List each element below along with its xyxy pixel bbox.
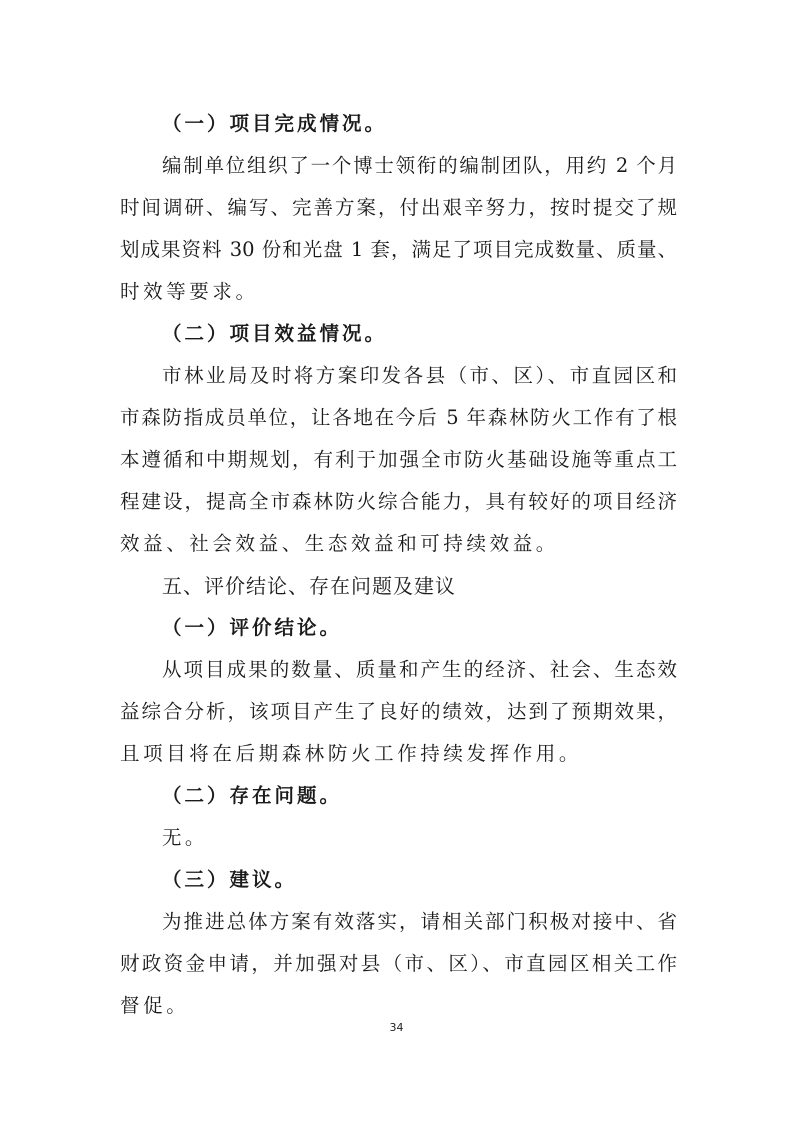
text-line: 本遵循和中期规划，有利于加强全市防火基础设施等重点工 xyxy=(120,439,677,481)
text-line: 从项目成果的数量、质量和产生的经济、社会、生态效 xyxy=(120,649,677,691)
text-line: 市森防指成员单位，让各地在今后 5 年森林防火工作有了根 xyxy=(120,397,677,439)
heading-suggestions: （三）建议。 xyxy=(120,859,677,901)
paragraph-evaluation-conclusion: 从项目成果的数量、质量和产生的经济、社会、生态效 益综合分析，该项目产生了良好的… xyxy=(120,649,677,775)
text-line: 时效等要求。 xyxy=(120,271,677,313)
heading-project-completion: （一）项目完成情况。 xyxy=(120,103,677,145)
paragraph-existing-problems: 无。 xyxy=(120,817,677,859)
heading-section-five: 五、评价结论、存在问题及建议 xyxy=(120,565,677,607)
text-line: 无。 xyxy=(120,817,677,859)
heading-project-benefits: （二）项目效益情况。 xyxy=(120,313,677,355)
text-line: 程建设，提高全市森林防火综合能力，具有较好的项目经济 xyxy=(120,481,677,523)
text-line: 市林业局及时将方案印发各县（市、区）、市直园区和 xyxy=(120,355,677,397)
text-line: 效益、社会效益、生态效益和可持续效益。 xyxy=(120,523,677,565)
text-line: 划成果资料 30 份和光盘 1 套，满足了项目完成数量、质量、 xyxy=(120,229,677,271)
text-line: 时间调研、编写、完善方案，付出艰辛努力，按时提交了规 xyxy=(120,187,677,229)
paragraph-project-benefits: 市林业局及时将方案印发各县（市、区）、市直园区和 市森防指成员单位，让各地在今后… xyxy=(120,355,677,565)
text-line: 益综合分析，该项目产生了良好的绩效，达到了预期效果， xyxy=(120,691,677,733)
page-number: 34 xyxy=(0,1021,793,1034)
text-line: 且项目将在后期森林防火工作持续发挥作用。 xyxy=(120,733,677,775)
text-line: 为推进总体方案有效落实，请相关部门积极对接中、省 xyxy=(120,901,677,943)
heading-existing-problems: （二）存在问题。 xyxy=(120,775,677,817)
document-page: （一）项目完成情况。 编制单位组织了一个博士领衔的编制团队，用约 2 个月 时间… xyxy=(120,103,677,1027)
paragraph-suggestions: 为推进总体方案有效落实，请相关部门积极对接中、省 财政资金申请，并加强对县（市、… xyxy=(120,901,677,1027)
heading-evaluation-conclusion: （一）评价结论。 xyxy=(120,607,677,649)
paragraph-project-completion: 编制单位组织了一个博士领衔的编制团队，用约 2 个月 时间调研、编写、完善方案，… xyxy=(120,145,677,313)
text-line: 财政资金申请，并加强对县（市、区）、市直园区相关工作 xyxy=(120,943,677,985)
text-line: 编制单位组织了一个博士领衔的编制团队，用约 2 个月 xyxy=(120,145,677,187)
